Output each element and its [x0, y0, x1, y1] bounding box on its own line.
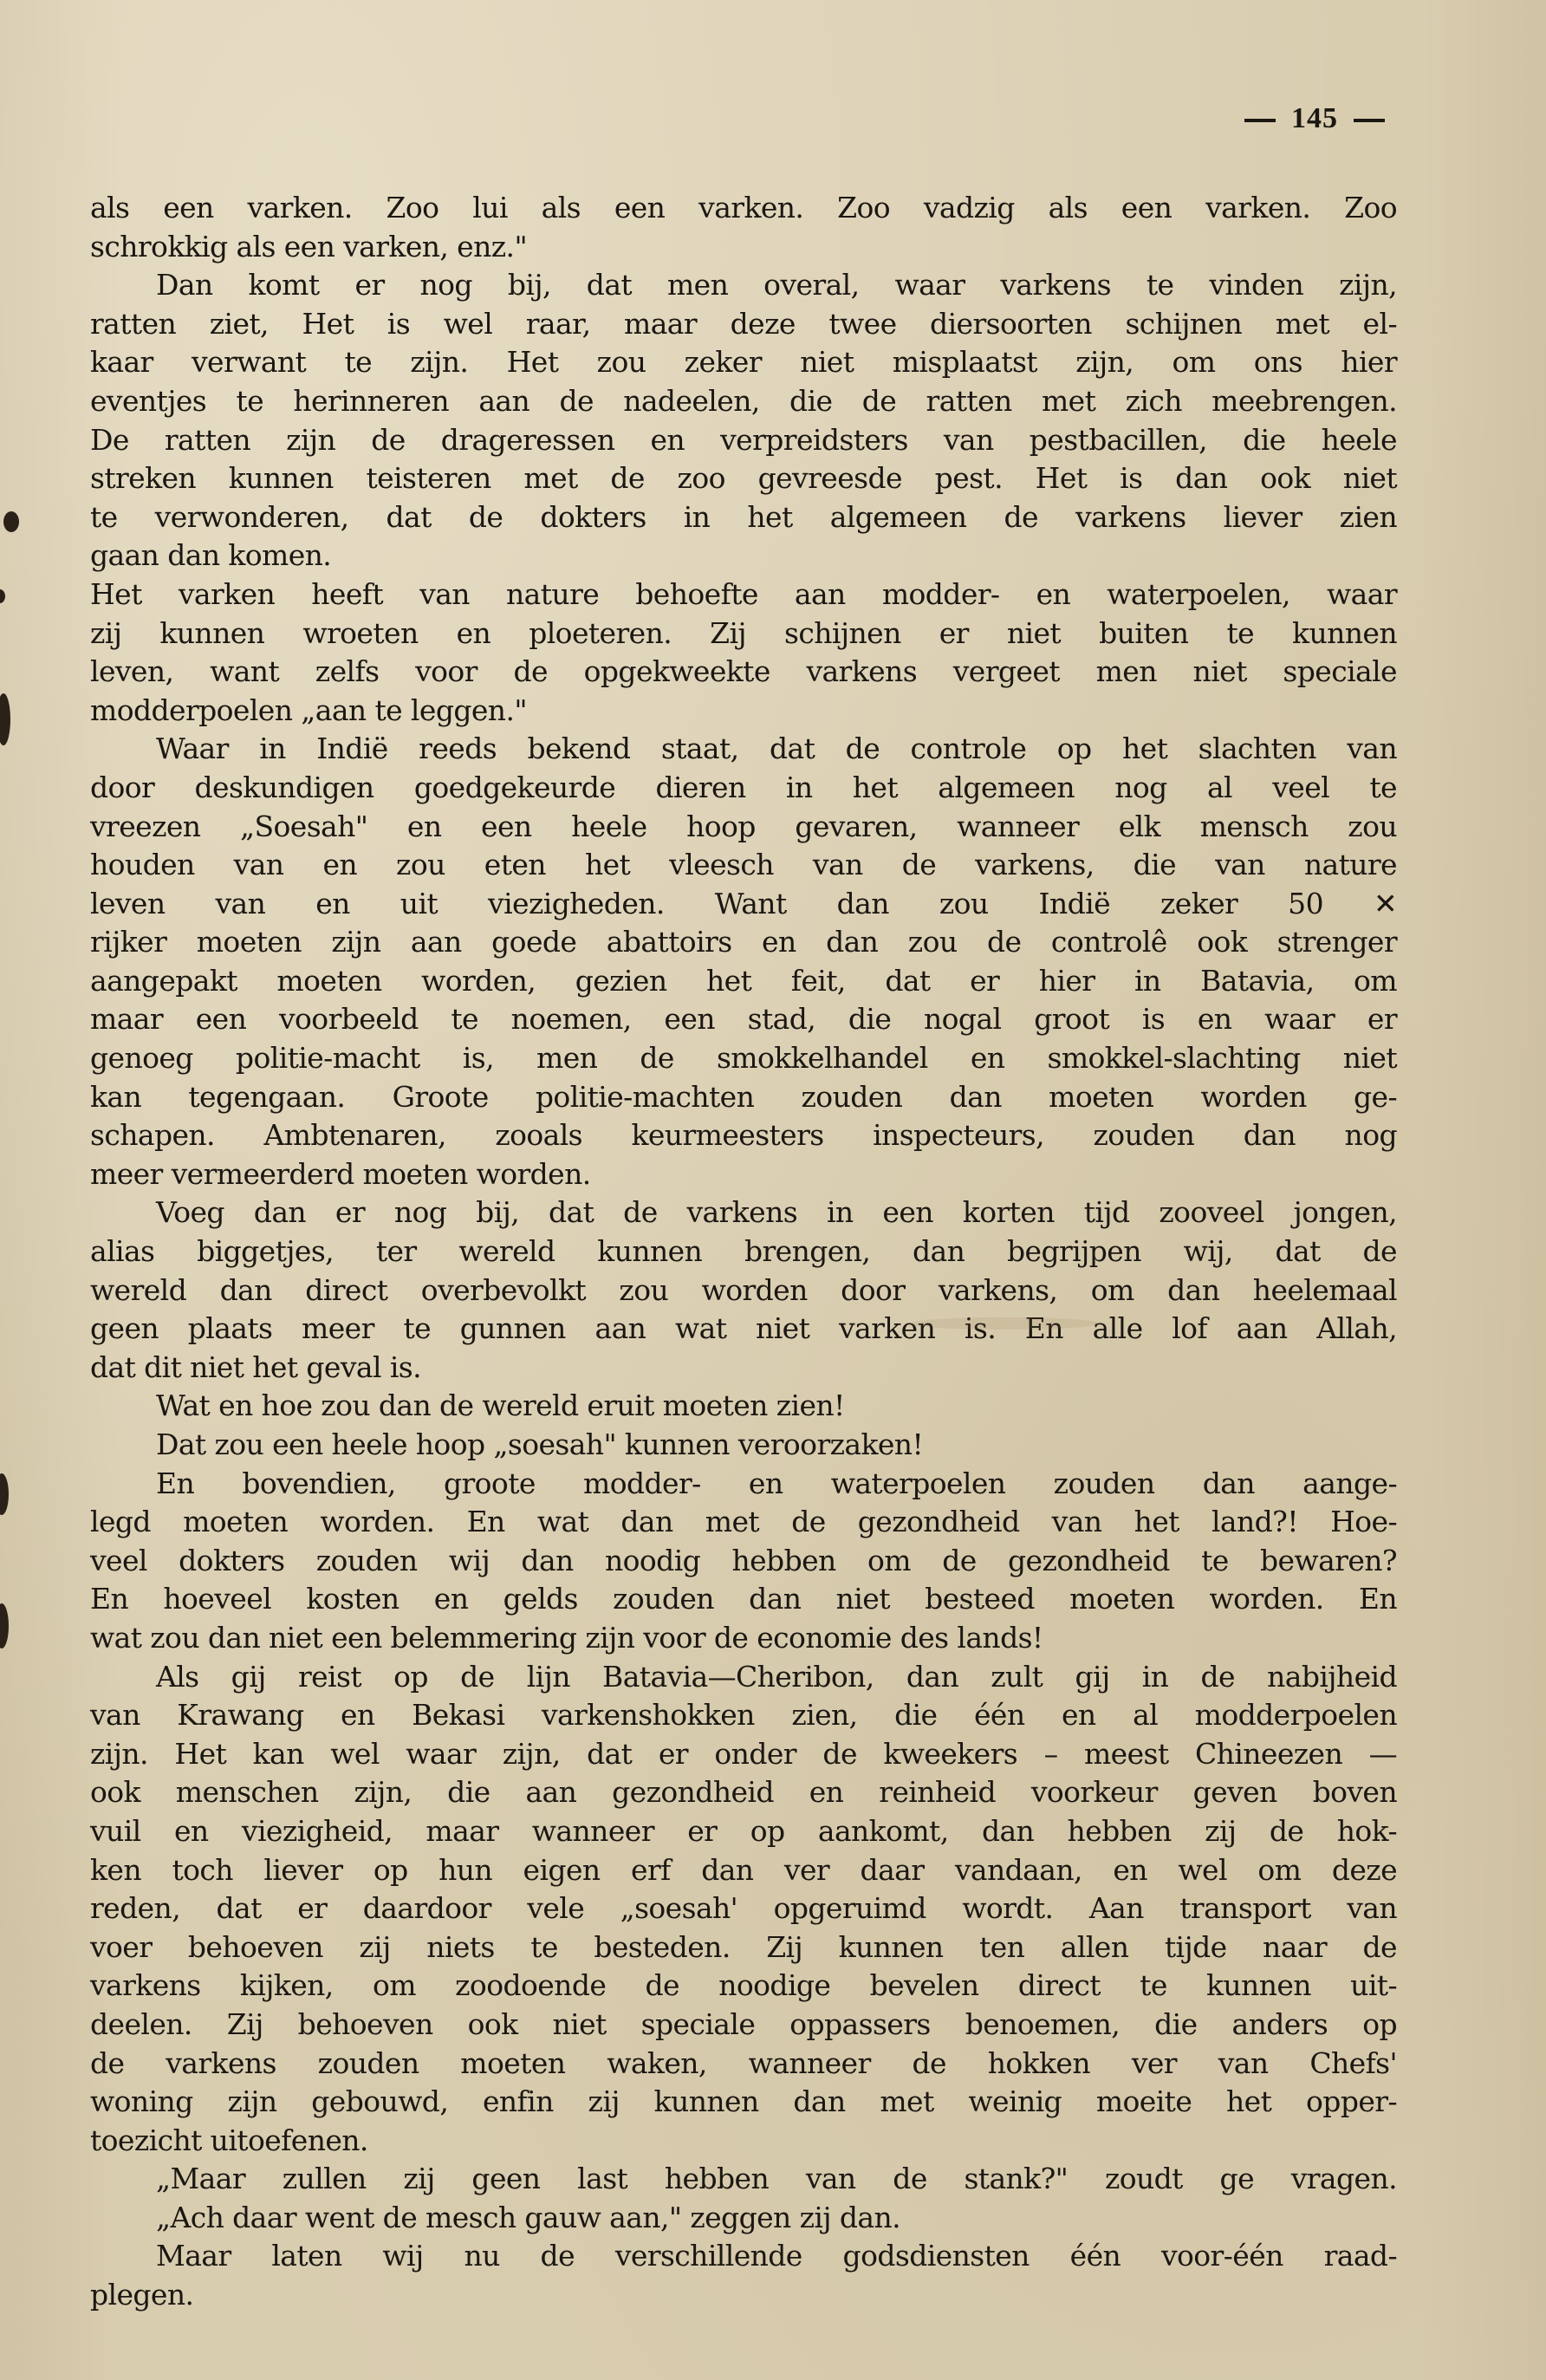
text-line: kan tegengaan. Groote politie-machten zo…: [90, 1078, 1397, 1117]
text-line: maar een voorbeeld te noemen, een stad, …: [90, 1000, 1397, 1039]
text-line: geen plaats meer te gunnen aan wat niet …: [90, 1310, 1397, 1349]
text-line: plegen.: [90, 2276, 1397, 2315]
text-line: varkens kijken, om zoodoende de noodige …: [90, 1967, 1397, 2006]
text-line: legd moeten worden. En wat dan met de ge…: [90, 1503, 1397, 1542]
body-text: als een varken. Zoo lui als een varken. …: [90, 189, 1397, 2315]
page-number: 145: [1229, 102, 1400, 135]
text-line: voer behoeven zij niets te besteden. Zij…: [90, 1928, 1397, 1967]
text-line: meer vermeerderd moeten worden.: [90, 1155, 1397, 1194]
text-line: deelen. Zij behoeven ook niet speciale o…: [90, 2006, 1397, 2045]
text-line: wat zou dan niet een belemmering zijn vo…: [90, 1619, 1397, 1658]
text-line: ratten ziet, Het is wel raar, maar deze …: [90, 305, 1397, 344]
text-line: door deskundigen goedgekeurde dieren in …: [90, 769, 1397, 808]
text-line: zijn. Het kan wel waar zijn, dat er onde…: [90, 1735, 1397, 1774]
text-line: En bovendien, groote modder- en waterpoe…: [90, 1465, 1397, 1504]
ink-spot: [0, 1603, 9, 1648]
text-line: leven, want zelfs voor de opgekweekte va…: [90, 653, 1397, 692]
ink-spot: [0, 1473, 9, 1515]
left-dash: [1244, 119, 1276, 122]
text-line: leven van en uit viezigheden. Want dan z…: [90, 885, 1397, 924]
text-line: Wat en hoe zou dan de wereld eruit moete…: [90, 1387, 1397, 1426]
text-line: Het varken heeft van nature behoefte aan…: [90, 575, 1397, 615]
ink-spot: [3, 511, 19, 532]
text-line: De ratten zijn de drageressen en verprei…: [90, 421, 1397, 460]
text-line: schrokkig als een varken, enz.": [90, 228, 1397, 267]
text-line: kaar verwant te zijn. Het zou zeker niet…: [90, 343, 1397, 382]
text-line: Voeg dan er nog bij, dat de varkens in e…: [90, 1193, 1397, 1232]
text-line: Maar laten wij nu de verschillende godsd…: [90, 2237, 1397, 2276]
text-line: eventjes te herinneren aan de nadeelen, …: [90, 382, 1397, 421]
text-line: genoeg politie-macht is, men de smokkelh…: [90, 1039, 1397, 1078]
text-line: wereld dan direct overbevolkt zou worden…: [90, 1271, 1397, 1310]
text-line: modderpoelen „aan te leggen.": [90, 692, 1397, 731]
text-line: Als gij reist op de lijn Batavia—Cheribo…: [90, 1658, 1397, 1697]
ink-spot: [0, 693, 10, 745]
text-line: te verwonderen, dat de dokters in het al…: [90, 498, 1397, 537]
text-line: gaan dan komen.: [90, 536, 1397, 575]
text-line: van Krawang en Bekasi varkenshokken zien…: [90, 1696, 1397, 1735]
text-line: als een varken. Zoo lui als een varken. …: [90, 189, 1397, 228]
text-line: vreezen „Soesah" en een heele hoop gevar…: [90, 808, 1397, 847]
text-line: Dan komt er nog bij, dat men overal, waa…: [90, 266, 1397, 305]
page-number-value: 145: [1291, 102, 1338, 134]
text-line: vuil en viezigheid, maar wanneer er op a…: [90, 1812, 1397, 1851]
text-line: de varkens zouden moeten waken, wanneer …: [90, 2045, 1397, 2084]
text-line: streken kunnen teisteren met de zoo gevr…: [90, 459, 1397, 498]
text-line: houden van en zou eten het vleesch van d…: [90, 846, 1397, 885]
text-line: toezicht uitoefenen.: [90, 2122, 1397, 2161]
text-line: Waar in Indië reeds bekend staat, dat de…: [90, 730, 1397, 769]
text-line: aangepakt moeten worden, gezien het feit…: [90, 962, 1397, 1001]
text-line: reden, dat er daardoor vele „soesah' opg…: [90, 1889, 1397, 1928]
text-line: alias biggetjes, ter wereld kunnen breng…: [90, 1232, 1397, 1271]
ink-spot: [0, 589, 5, 603]
text-line: dat dit niet het geval is.: [90, 1349, 1397, 1388]
text-line: Dat zou een heele hoop „soesah" kunnen v…: [90, 1426, 1397, 1465]
text-line: „Ach daar went de mesch gauw aan," zegge…: [90, 2199, 1397, 2238]
text-line: En hoeveel kosten en gelds zouden dan ni…: [90, 1580, 1397, 1619]
text-line: ook menschen zijn, die aan gezondheid en…: [90, 1773, 1397, 1812]
text-line: zij kunnen wroeten en ploeteren. Zij sch…: [90, 615, 1397, 654]
paper-stain: [910, 1317, 1101, 1330]
text-line: woning zijn gebouwd, enfin zij kunnen da…: [90, 2083, 1397, 2122]
text-line: „Maar zullen zij geen last hebben van de…: [90, 2160, 1397, 2199]
right-dash: [1354, 119, 1385, 122]
text-line: schapen. Ambtenaren, zooals keurmeesters…: [90, 1116, 1397, 1155]
text-line: veel dokters zouden wij dan noodig hebbe…: [90, 1542, 1397, 1581]
text-line: rijker moeten zijn aan goede abattoirs e…: [90, 923, 1397, 962]
text-line: ken toch liever op hun eigen erf dan ver…: [90, 1851, 1397, 1890]
